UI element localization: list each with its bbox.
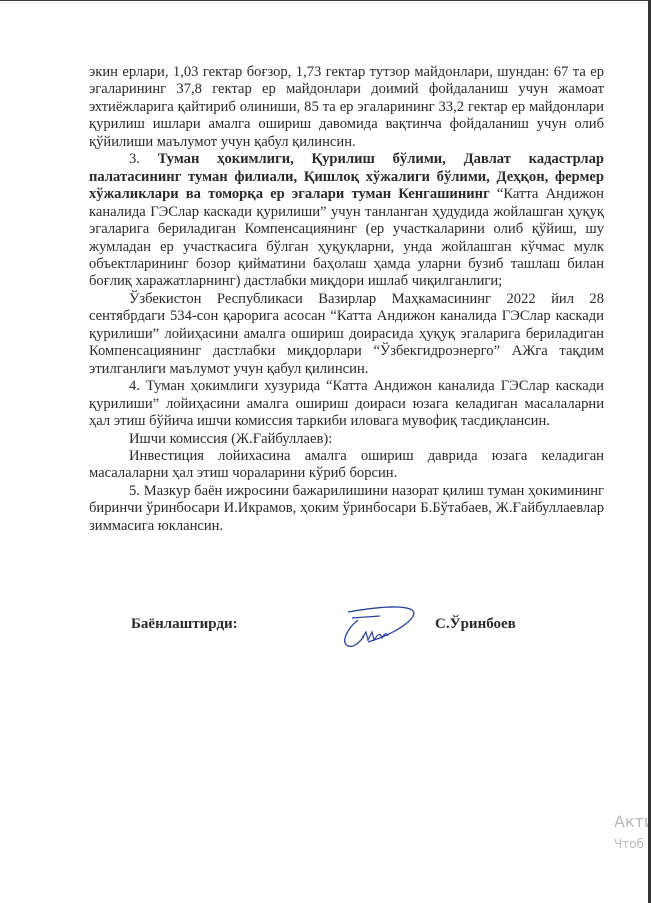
os-activation-watermark: Акти Чтоб	[614, 812, 648, 852]
paragraph-continuation: экин ерлари, 1,03 гектар боғзор, 1,73 ге…	[89, 64, 604, 151]
paragraph-item-4: 4. Туман ҳокимлиги хузурида “Катта Андиж…	[89, 378, 604, 430]
signatory-name: С.Ўринбоев	[435, 616, 516, 633]
window-frame-top	[0, 0, 651, 1]
signature-label: Баёнлаштирди:	[131, 616, 238, 633]
paragraph-item-5: 5. Мазкур баён ижросини бажарилишини наз…	[89, 483, 604, 535]
paragraph-item-3: 3. Туман ҳокимлиги, Қурилиш бўлими, Давл…	[89, 151, 604, 291]
item-3-number: 3.	[129, 151, 140, 167]
paragraph-investment: Инвестиция лойихасина амалга ошириш давр…	[89, 448, 604, 483]
handwritten-signature-icon	[330, 602, 420, 652]
watermark-title: Акти	[614, 812, 648, 832]
paragraph-commission: Ишчи комиссия (Ж.Ғайбуллаев):	[89, 431, 604, 448]
document-body: экин ерлари, 1,03 гектар боғзор, 1,73 ге…	[89, 64, 604, 535]
signature-block: Баёнлаштирди: С.Ўринбоев	[0, 608, 648, 648]
paragraph-resolution: Ўзбекистон Республикаси Вазирлар Маҳкама…	[89, 291, 604, 378]
watermark-subtitle: Чтоб	[614, 836, 648, 852]
scan-edge	[0, 2, 648, 6]
